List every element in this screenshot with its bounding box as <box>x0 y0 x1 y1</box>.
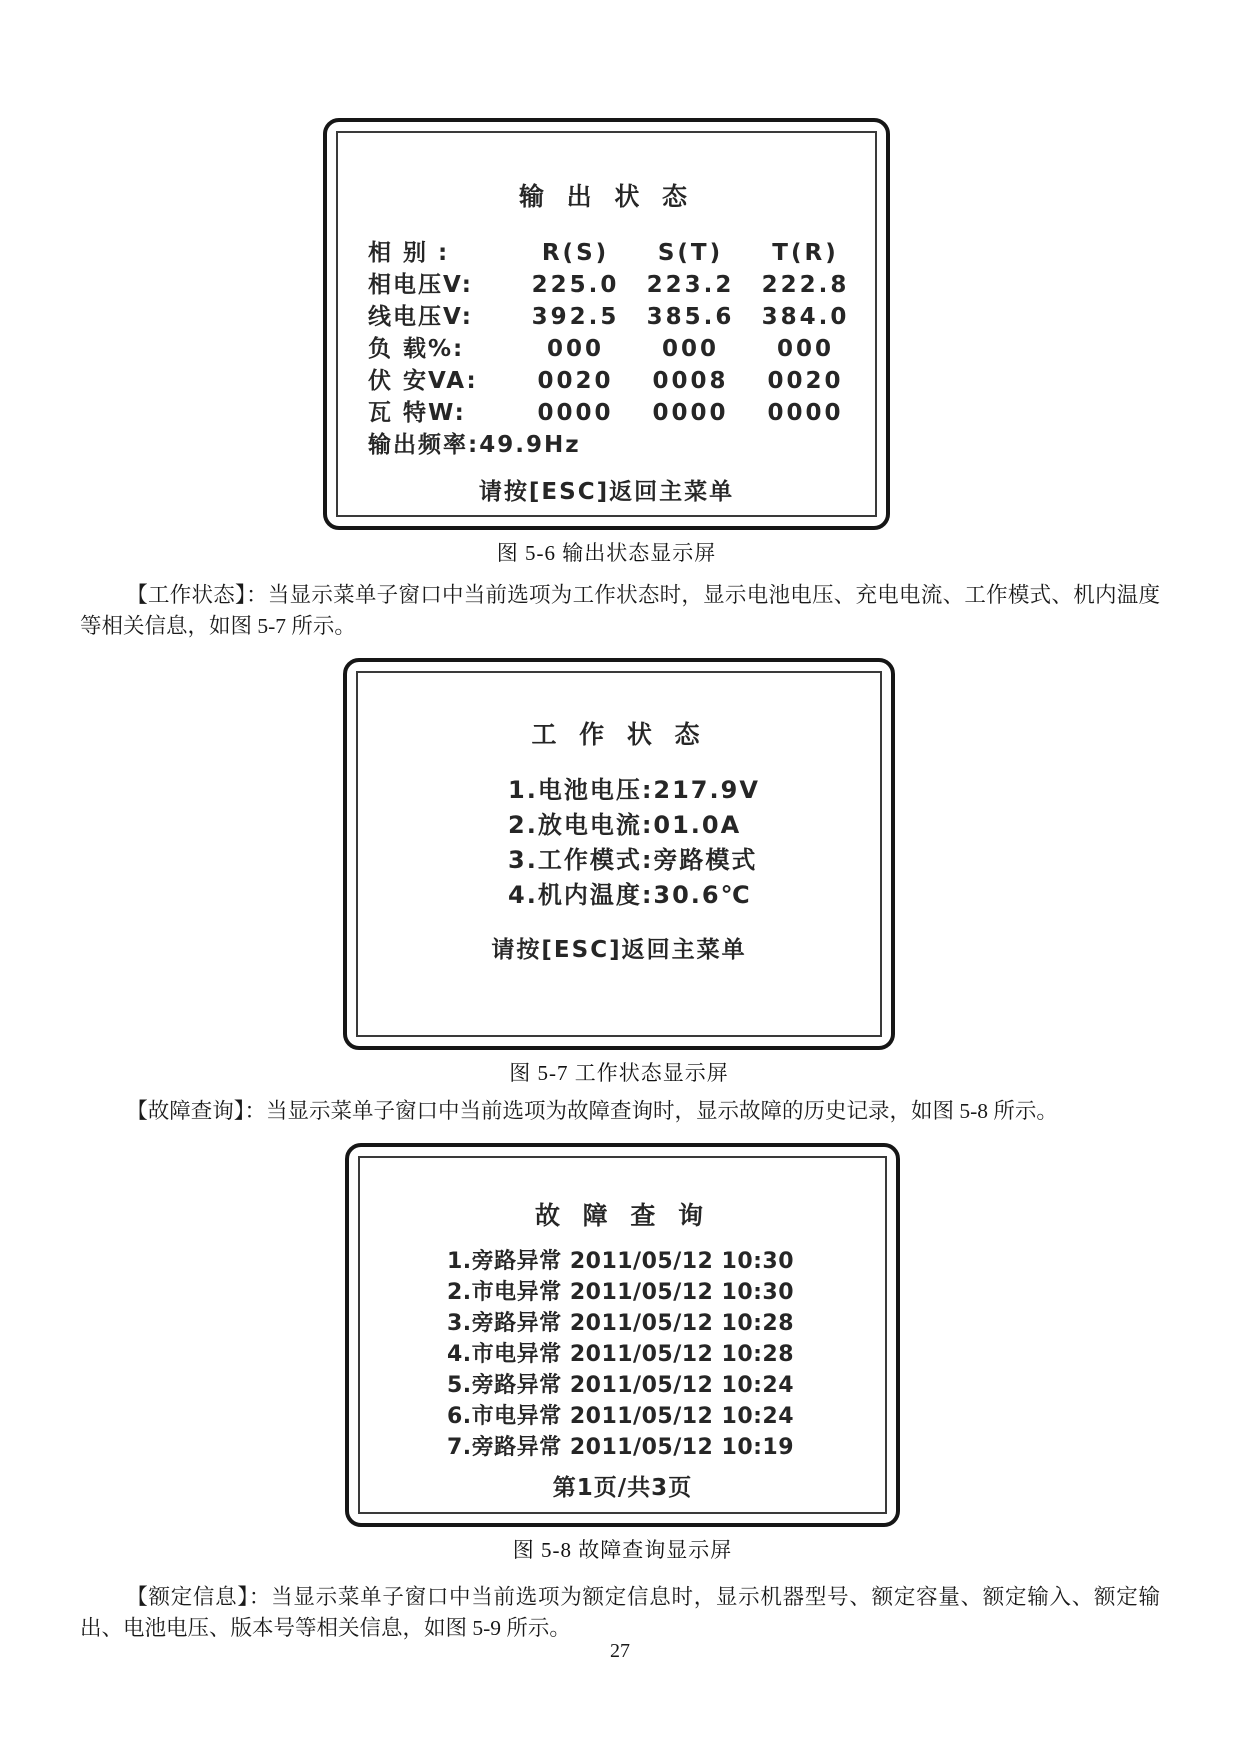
lcd-screen-inner-frame: 输 出 状 态 相 别 : R(S) S(T) T(R) 相电压V: 225.0… <box>336 131 877 517</box>
row-value: 000 <box>633 333 748 365</box>
list-item: 5.旁路异常 2011/05/12 10:24 <box>447 1370 885 1401</box>
figure-caption: 图 5-8 故障查询显示屏 <box>345 1534 900 1564</box>
paragraph-fault-query: 【故障查询】：当显示菜单子窗口中当前选项为故障查询时，显示故障的历史记录，如图 … <box>80 1096 1160 1127</box>
figure-caption: 图 5-7 工作状态显示屏 <box>343 1057 895 1087</box>
row-label: 瓦 特W: <box>368 397 518 429</box>
list-item: 3.旁路异常 2011/05/12 10:28 <box>447 1308 885 1339</box>
row-value: 223.2 <box>633 269 748 301</box>
list-item: 7.旁路异常 2011/05/12 10:19 <box>447 1432 885 1463</box>
row-value: T(R) <box>748 237 863 269</box>
screen-title: 输 出 状 态 <box>338 177 875 213</box>
lcd-screen-fault-query: 故 障 查 询 1.旁路异常 2011/05/12 10:30 2.市电异常 2… <box>345 1143 900 1527</box>
row-value: 222.8 <box>748 269 863 301</box>
figure-caption: 图 5-6 输出状态显示屏 <box>323 537 890 567</box>
list-item: 3.工作模式:旁路模式 <box>508 843 880 878</box>
page-number: 27 <box>0 1640 1240 1663</box>
row-value: 000 <box>518 333 633 365</box>
row-value: 0020 <box>518 365 633 397</box>
list-item: 4.市电异常 2011/05/12 10:28 <box>447 1339 885 1370</box>
row-value: 384.0 <box>748 301 863 333</box>
figure-5-6: 输 出 状 态 相 别 : R(S) S(T) T(R) 相电压V: 225.0… <box>323 118 890 567</box>
list-item: 2.市电异常 2011/05/12 10:30 <box>447 1277 885 1308</box>
lcd-screen-inner-frame: 故 障 查 询 1.旁路异常 2011/05/12 10:30 2.市电异常 2… <box>358 1156 887 1514</box>
row-value: 392.5 <box>518 301 633 333</box>
row-value: 0008 <box>633 365 748 397</box>
lcd-screen-output-status: 输 出 状 态 相 别 : R(S) S(T) T(R) 相电压V: 225.0… <box>323 118 890 530</box>
list-item: 1.电池电压:217.9V <box>508 773 880 808</box>
esc-hint: 请按[ESC]返回主菜单 <box>358 931 880 964</box>
screen-title: 故 障 查 询 <box>360 1196 885 1232</box>
working-status-list: 1.电池电压:217.9V 2.放电电流:01.0A 3.工作模式:旁路模式 4… <box>508 773 880 913</box>
row-label: 负 载%: <box>368 333 518 365</box>
row-value: 225.0 <box>518 269 633 301</box>
row-label: 相电压V: <box>368 269 518 301</box>
esc-hint: 请按[ESC]返回主菜单 <box>338 473 875 506</box>
page-indicator: 第1页/共3页 <box>360 1469 885 1502</box>
row-value: 0020 <box>748 365 863 397</box>
lcd-screen-working-status: 工 作 状 态 1.电池电压:217.9V 2.放电电流:01.0A 3.工作模… <box>343 658 895 1050</box>
row-label: 伏 安VA: <box>368 365 518 397</box>
row-value: 0000 <box>633 397 748 429</box>
list-item: 1.旁路异常 2011/05/12 10:30 <box>447 1246 885 1277</box>
row-value: 000 <box>748 333 863 365</box>
row-value: R(S) <box>518 237 633 269</box>
row-label: 相 别 : <box>368 237 518 269</box>
lcd-screen-inner-frame: 工 作 状 态 1.电池电压:217.9V 2.放电电流:01.0A 3.工作模… <box>356 671 882 1037</box>
figure-5-8: 故 障 查 询 1.旁路异常 2011/05/12 10:30 2.市电异常 2… <box>345 1143 900 1564</box>
list-item: 2.放电电流:01.0A <box>508 808 880 843</box>
screen-title: 工 作 状 态 <box>358 715 880 751</box>
paragraph-working-status: 【工作状态】：当显示菜单子窗口中当前选项为工作状态时，显示电池电压、充电电流、工… <box>80 580 1160 642</box>
document-page: 输 出 状 态 相 别 : R(S) S(T) T(R) 相电压V: 225.0… <box>0 0 1240 1754</box>
list-item: 4.机内温度:30.6℃ <box>508 878 880 913</box>
figure-5-7: 工 作 状 态 1.电池电压:217.9V 2.放电电流:01.0A 3.工作模… <box>343 658 895 1087</box>
list-item: 6.市电异常 2011/05/12 10:24 <box>447 1401 885 1432</box>
output-status-table: 相 别 : R(S) S(T) T(R) 相电压V: 225.0 223.2 2… <box>368 237 875 429</box>
row-value: S(T) <box>633 237 748 269</box>
row-value: 0000 <box>748 397 863 429</box>
fault-history-list: 1.旁路异常 2011/05/12 10:30 2.市电异常 2011/05/1… <box>447 1246 885 1463</box>
row-label: 线电压V: <box>368 301 518 333</box>
row-value: 385.6 <box>633 301 748 333</box>
paragraph-rated-info: 【额定信息】：当显示菜单子窗口中当前选项为额定信息时，显示机器型号、额定容量、额… <box>80 1582 1160 1644</box>
output-frequency-line: 输出频率:49.9Hz <box>368 429 875 461</box>
row-value: 0000 <box>518 397 633 429</box>
